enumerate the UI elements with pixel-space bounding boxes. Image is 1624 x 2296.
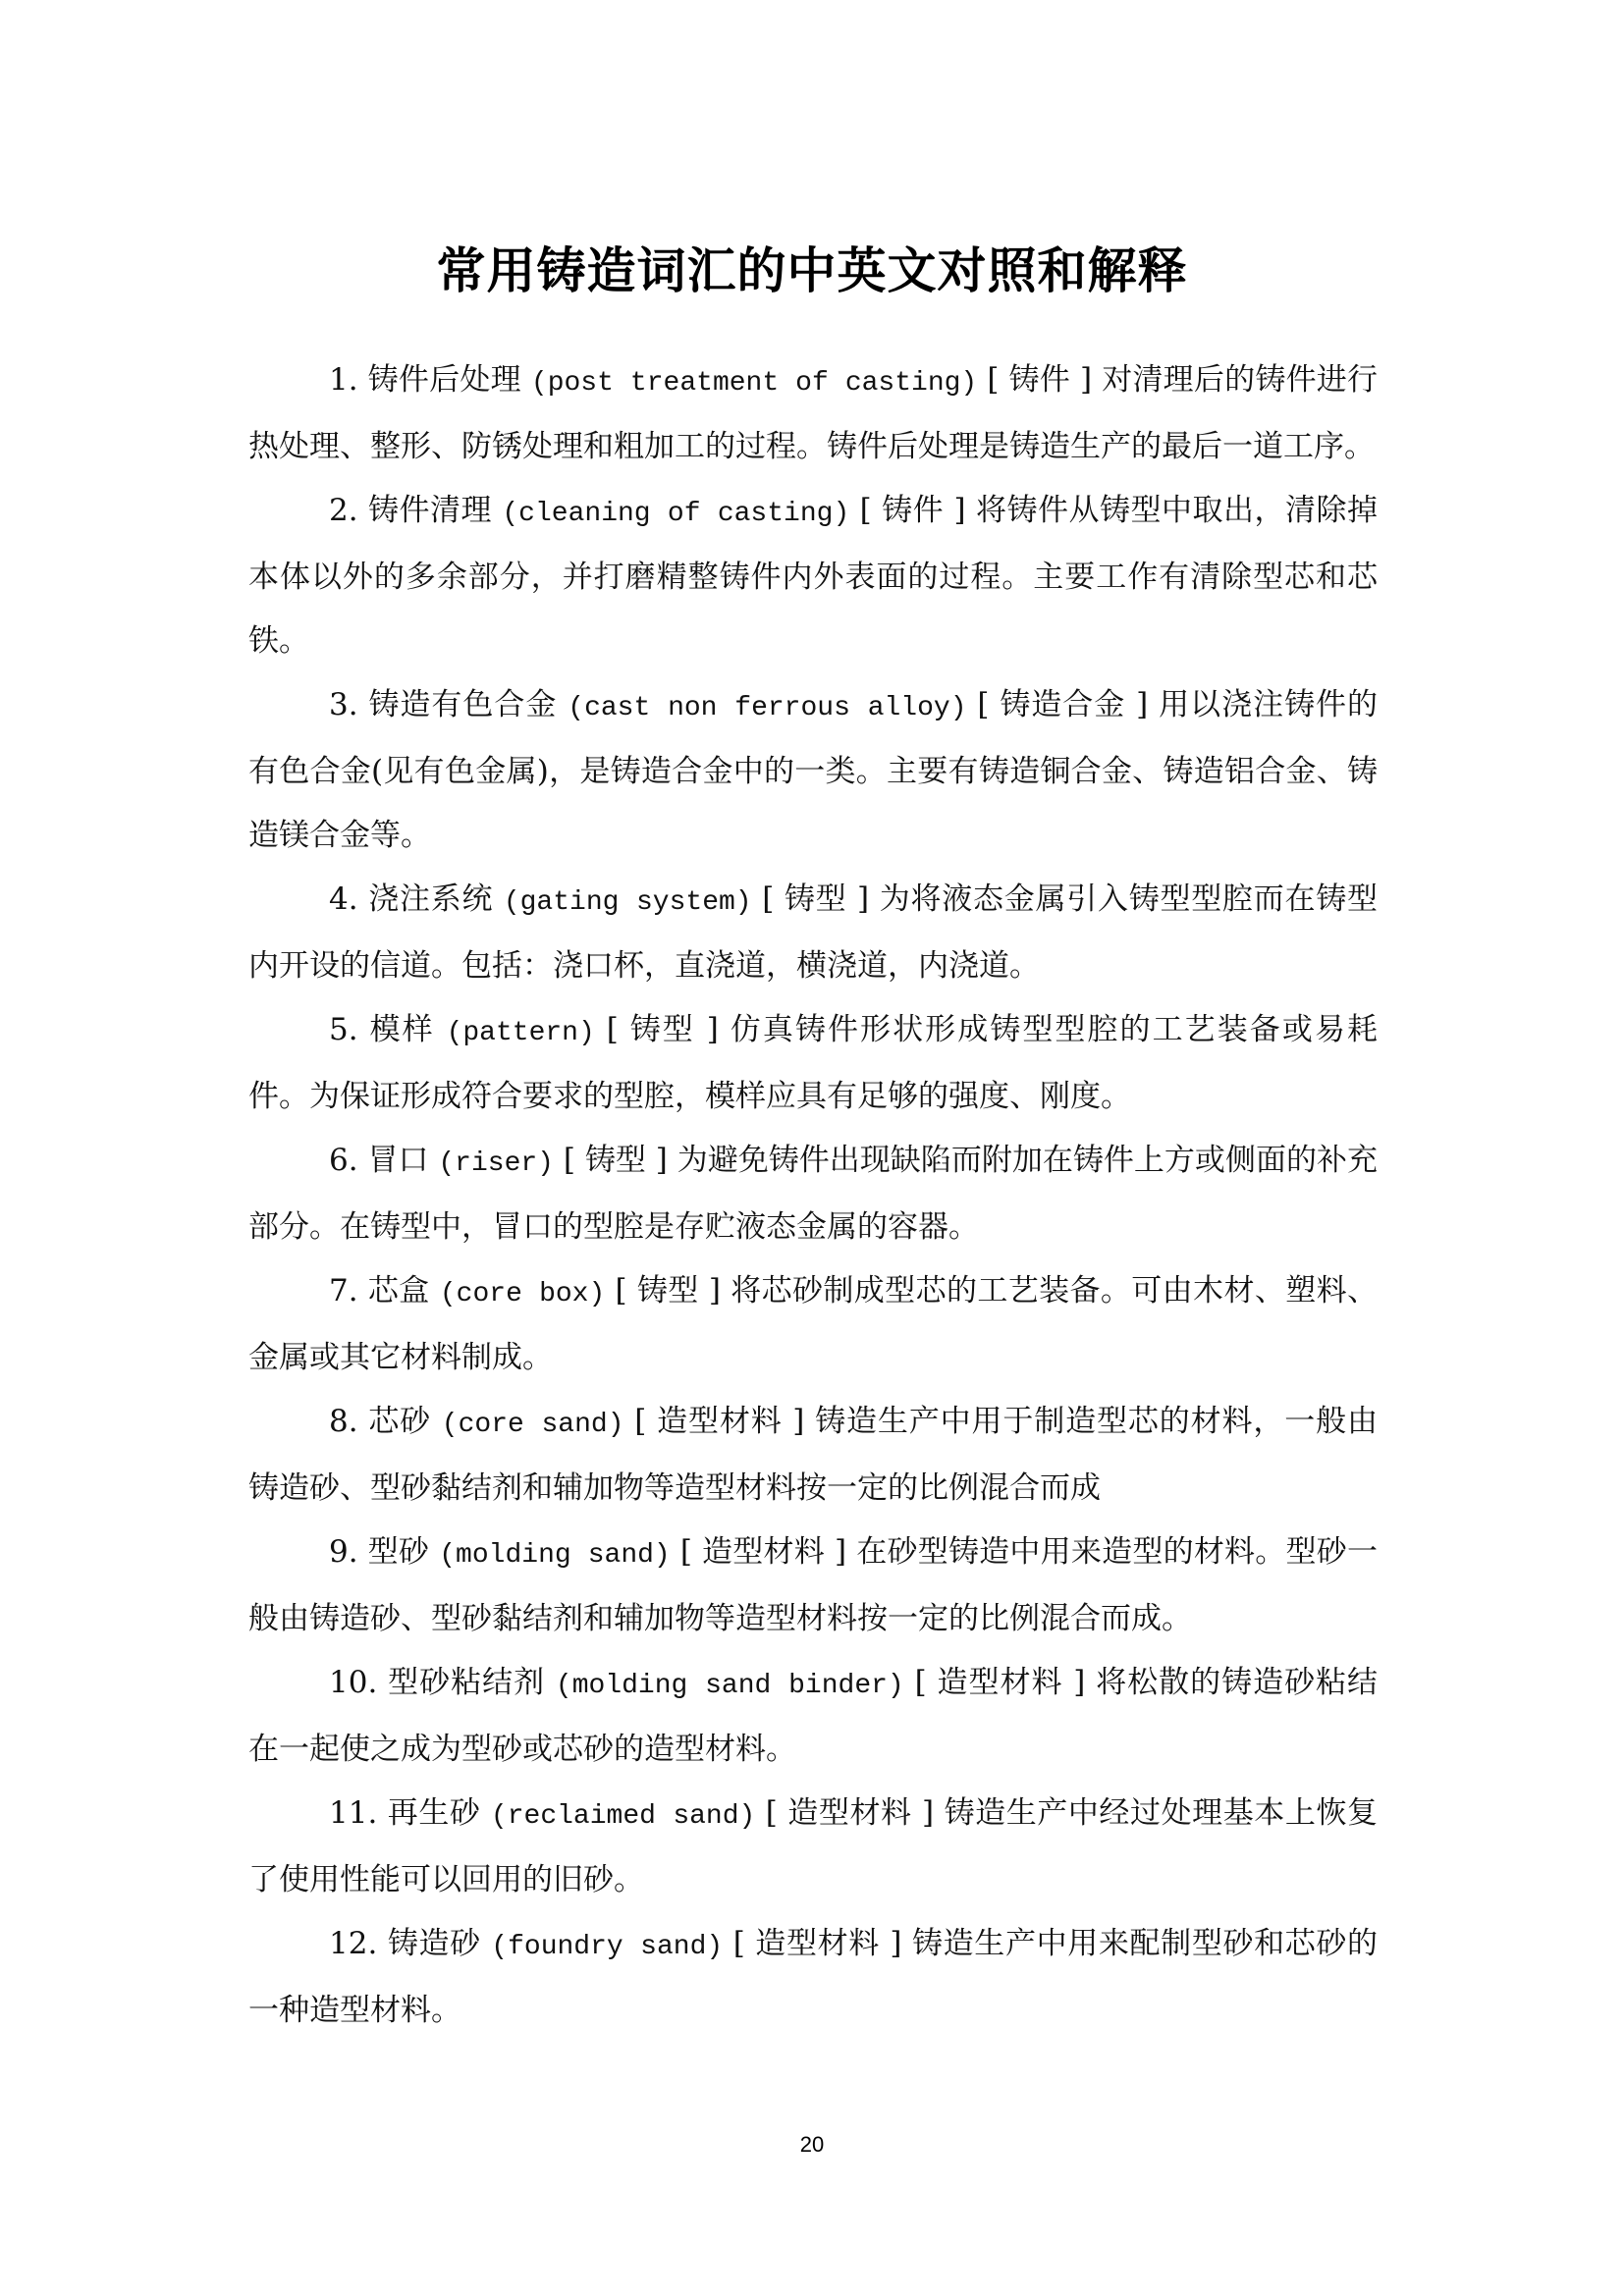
entry-number: 8. bbox=[329, 1404, 358, 1439]
entry-term: 铸造有色合金 bbox=[368, 687, 557, 722]
entry-category: [ 造型材料 ] bbox=[733, 1926, 902, 1961]
entry-category: [ 造型材料 ] bbox=[634, 1404, 804, 1439]
entry-english: (cleaning of casting) bbox=[502, 499, 849, 529]
entry-number: 7. bbox=[329, 1273, 358, 1308]
glossary-body: 1. 铸件后处理 (post treatment of casting) [ 铸… bbox=[248, 348, 1378, 2043]
entry-category: [ 铸造合金 ] bbox=[977, 687, 1148, 722]
entry-english: (pattern) bbox=[447, 1018, 595, 1048]
entry-term: 型砂 bbox=[368, 1534, 429, 1570]
document-page: 常用铸造词汇的中英文对照和解释 1. 铸件后处理 (post treatment… bbox=[0, 0, 1624, 2296]
entry-number: 6. bbox=[329, 1143, 358, 1178]
entry-number: 12. bbox=[329, 1926, 377, 1961]
entry-category: [ 造型材料 ] bbox=[766, 1795, 934, 1831]
glossary-entry-7: 7. 芯盒 (core box) [ 铸型 ] 将芯砂制成型芯的工艺装备。可由木… bbox=[248, 1259, 1378, 1390]
entry-term: 铸件清理 bbox=[368, 493, 492, 528]
entry-english: (gating system) bbox=[504, 887, 752, 918]
entry-term: 再生砂 bbox=[388, 1795, 481, 1831]
entry-category: [ 铸型 ] bbox=[762, 881, 869, 917]
entry-english: (post treatment of casting) bbox=[531, 368, 977, 399]
page-number: 20 bbox=[0, 2132, 1624, 2158]
entry-term: 芯砂 bbox=[368, 1404, 431, 1439]
entry-number: 2. bbox=[329, 493, 358, 528]
entry-term: 模样 bbox=[370, 1012, 435, 1047]
entry-english: (core sand) bbox=[442, 1410, 624, 1440]
glossary-entry-6: 6. 冒口 (riser) [ 铸型 ] 为避免铸件出现缺陷而附加在铸件上方或侧… bbox=[248, 1129, 1378, 1259]
entry-term: 芯盒 bbox=[368, 1273, 430, 1308]
entry-category: [ 铸件 ] bbox=[860, 493, 966, 528]
glossary-entry-11: 11. 再生砂 (reclaimed sand) [ 造型材料 ] 铸造生产中经… bbox=[248, 1782, 1378, 1912]
entry-number: 9. bbox=[329, 1534, 358, 1570]
entry-category: [ 铸型 ] bbox=[616, 1273, 721, 1308]
glossary-entry-12: 12. 铸造砂 (foundry sand) [ 造型材料 ] 铸造生产中用来配… bbox=[248, 1912, 1378, 2043]
glossary-entry-8: 8. 芯砂 (core sand) [ 造型材料 ] 铸造生产中用于制造型芯的材… bbox=[248, 1390, 1378, 1521]
glossary-entry-2: 2. 铸件清理 (cleaning of casting) [ 铸件 ] 将铸件… bbox=[248, 479, 1378, 673]
entry-english: (molding sand binder) bbox=[556, 1671, 904, 1701]
entry-term: 型砂粘结剂 bbox=[388, 1665, 545, 1700]
entry-number: 11. bbox=[329, 1795, 377, 1831]
glossary-entry-3: 3. 铸造有色合金 (cast non ferrous alloy) [ 铸造合… bbox=[248, 673, 1378, 868]
glossary-entry-4: 4. 浇注系统 (gating system) [ 铸型 ] 为将液态金属引入铸… bbox=[248, 868, 1378, 998]
entry-category: [ 铸型 ] bbox=[607, 1012, 719, 1047]
glossary-entry-1: 1. 铸件后处理 (post treatment of casting) [ 铸… bbox=[248, 348, 1378, 479]
entry-category: [ 造型材料 ] bbox=[915, 1665, 1086, 1700]
entry-category: [ 铸型 ] bbox=[564, 1143, 668, 1178]
entry-number: 3. bbox=[329, 687, 358, 722]
entry-term: 铸件后处理 bbox=[368, 362, 521, 398]
entry-category: [ 造型材料 ] bbox=[680, 1534, 846, 1570]
entry-english: (molding sand) bbox=[439, 1540, 670, 1571]
entry-term: 冒口 bbox=[367, 1143, 428, 1178]
glossary-entry-9: 9. 型砂 (molding sand) [ 造型材料 ] 在砂型铸造中用来造型… bbox=[248, 1521, 1378, 1651]
entry-number: 1. bbox=[329, 362, 358, 398]
entry-number: 10. bbox=[329, 1665, 377, 1700]
entry-category: [ 铸件 ] bbox=[987, 362, 1092, 398]
entry-term: 浇注系统 bbox=[368, 881, 493, 917]
entry-english: (foundry sand) bbox=[491, 1932, 723, 1962]
entry-term: 铸造砂 bbox=[388, 1926, 481, 1961]
page-title: 常用铸造词汇的中英文对照和解释 bbox=[0, 241, 1624, 300]
entry-number: 5. bbox=[329, 1012, 358, 1047]
entry-english: (riser) bbox=[438, 1148, 554, 1179]
entry-number: 4. bbox=[329, 881, 358, 917]
entry-english: (reclaimed sand) bbox=[491, 1801, 755, 1832]
glossary-entry-10: 10. 型砂粘结剂 (molding sand binder) [ 造型材料 ]… bbox=[248, 1651, 1378, 1782]
entry-english: (cast non ferrous alloy) bbox=[568, 693, 966, 723]
glossary-entry-5: 5. 模样 (pattern) [ 铸型 ] 仿真铸件形状形成铸型型腔的工艺装备… bbox=[248, 998, 1378, 1129]
entry-english: (core box) bbox=[440, 1279, 605, 1309]
